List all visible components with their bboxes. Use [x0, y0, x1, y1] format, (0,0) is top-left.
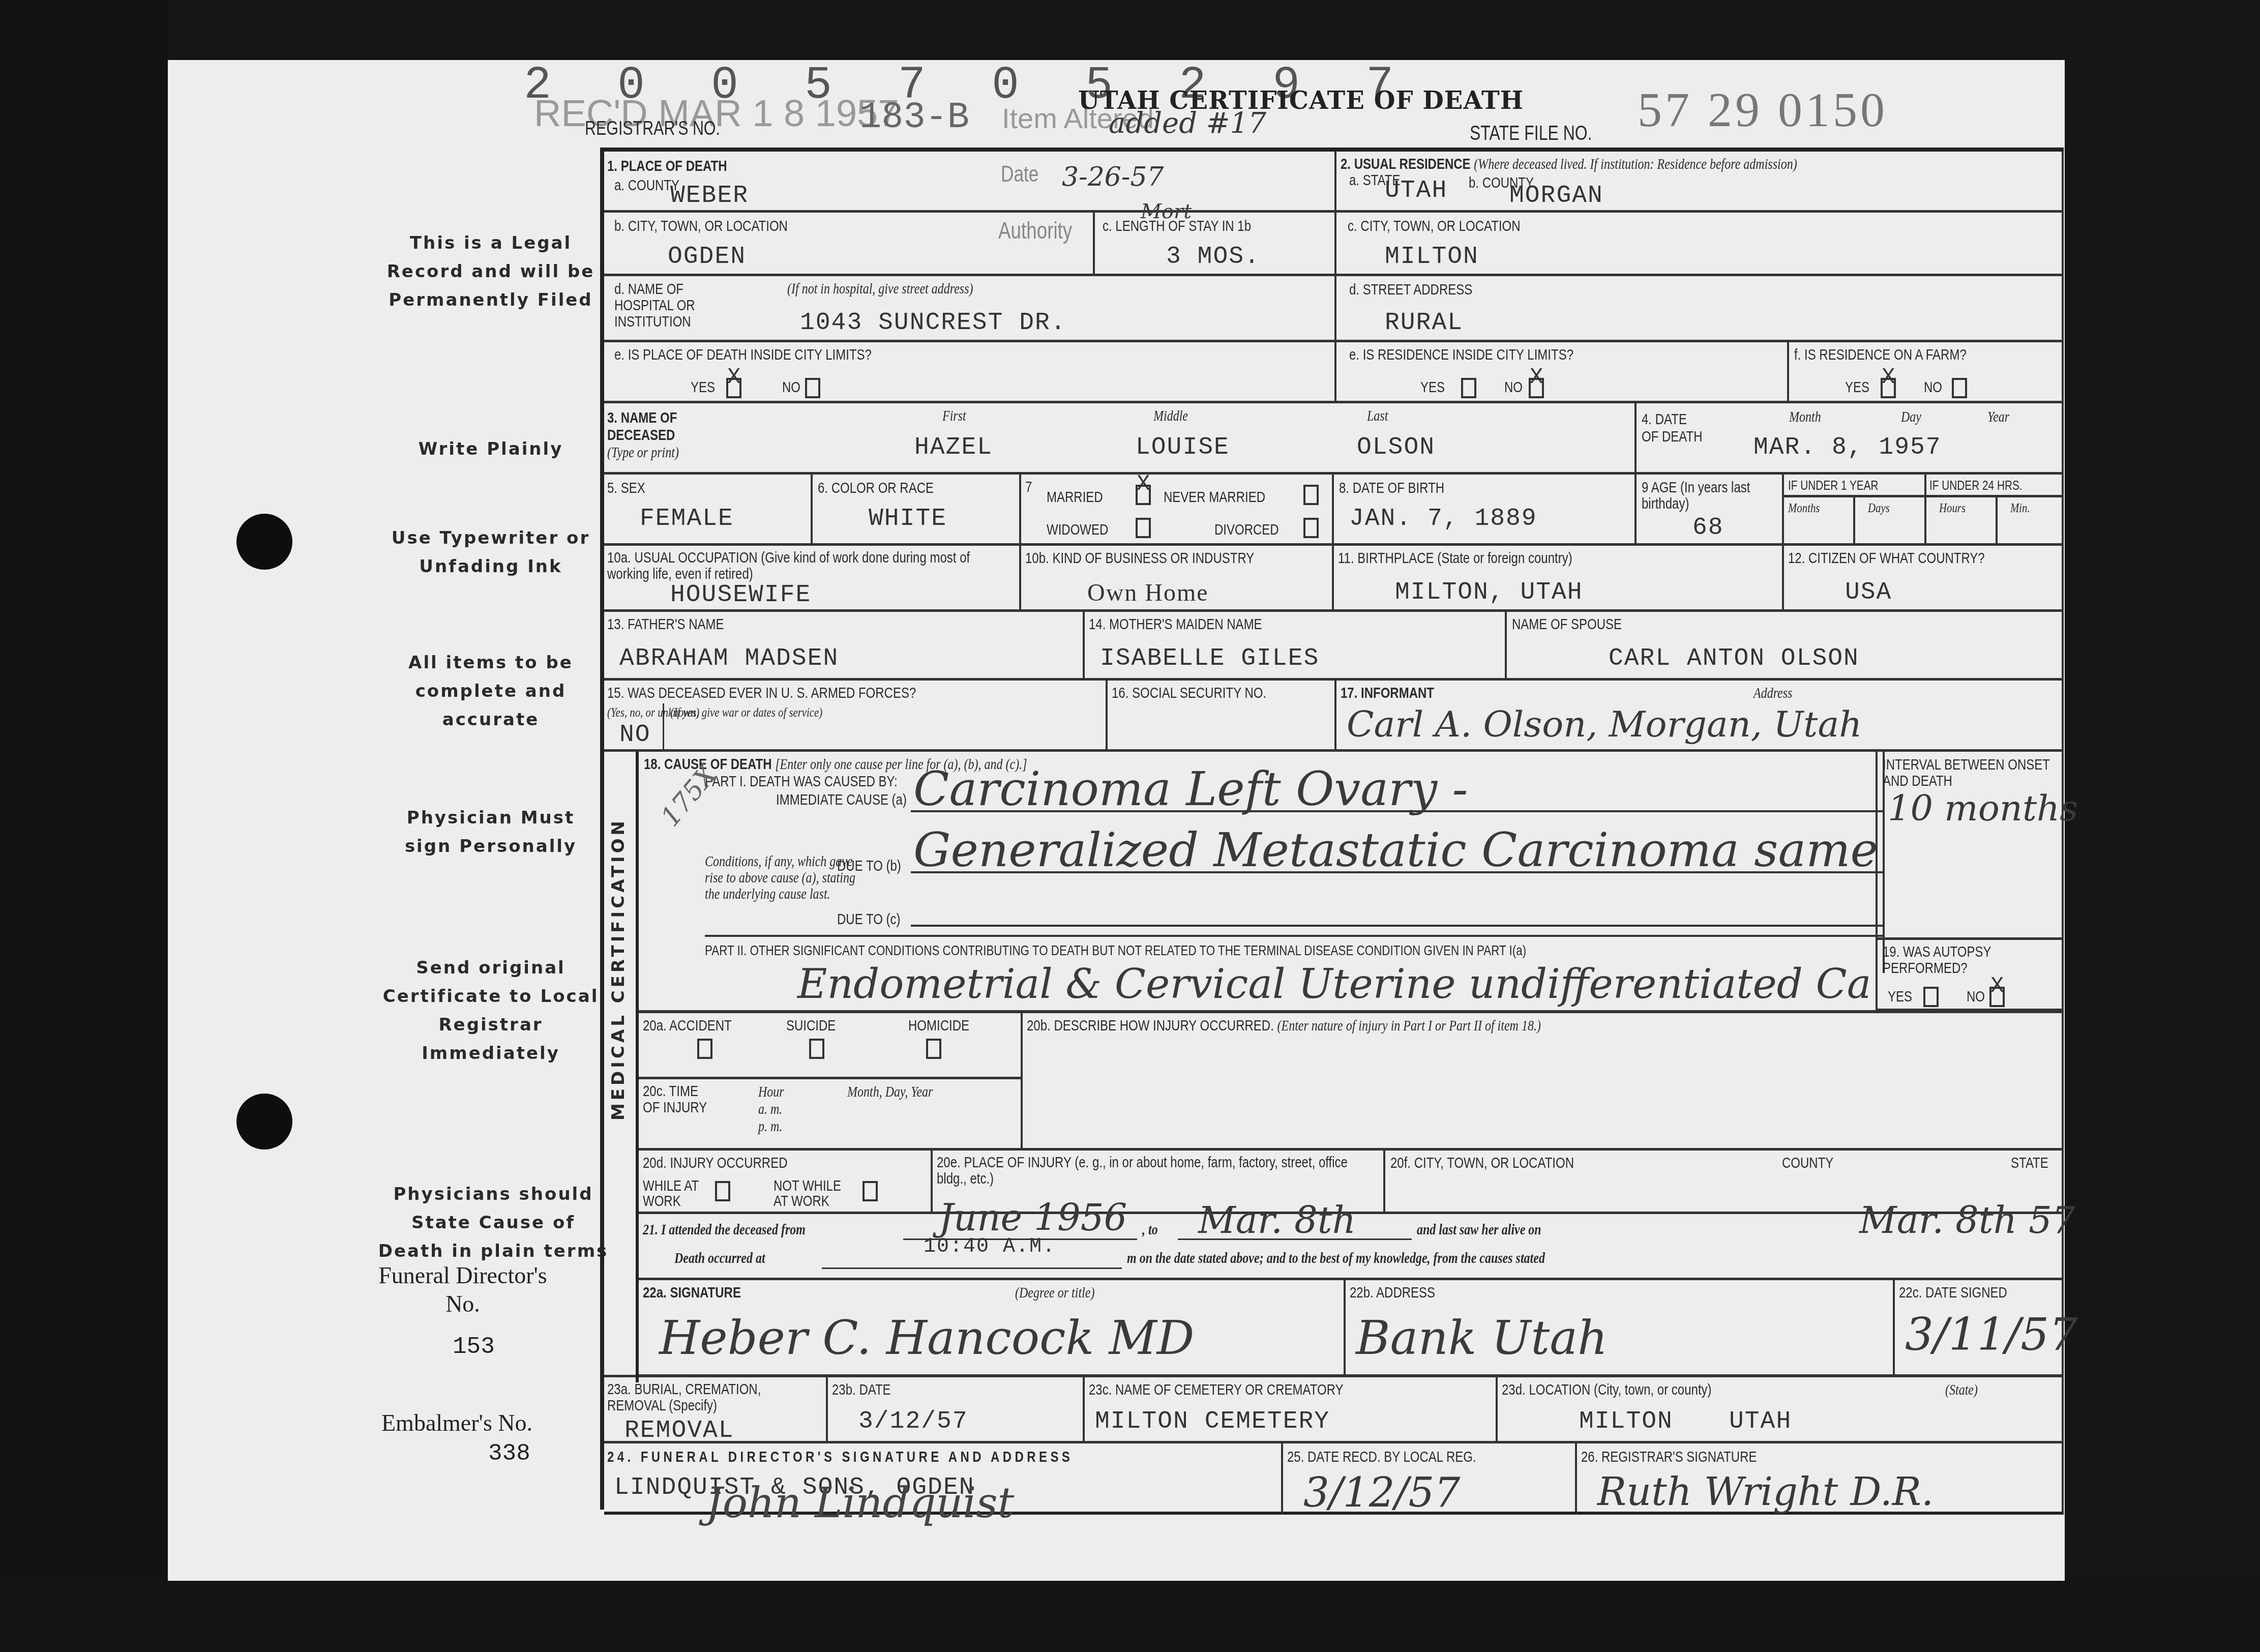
length-of-stay-label: c. LENGTH OF STAY IN 1b: [1103, 218, 1251, 235]
pm-label: p. m.: [758, 1118, 782, 1135]
cemetery-cell: 23c. NAME OF CEMETERY OR CREMATORY MILTO…: [1085, 1377, 1498, 1443]
usual-residence-hint: (Where deceased lived. If institution: R…: [1474, 156, 1797, 172]
age-cell: 9 AGE (In years last birthday) 68: [1637, 475, 1784, 546]
interval-value[interactable]: 10 months: [1888, 787, 2078, 829]
widowed-checkbox[interactable]: [1136, 518, 1151, 538]
attended-to-value[interactable]: Mar. 8th: [1198, 1199, 1356, 1242]
under-1-year-header: IF UNDER 1 YEAR: [1784, 475, 1926, 497]
date-of-death-value[interactable]: MAR. 8, 1957: [1753, 434, 1942, 461]
injury-place-label: 20e. PLACE OF INJURY (e. g., in or about…: [937, 1155, 1364, 1187]
interval-label: INTERVAL BETWEEN ONSET AND DEATH: [1883, 757, 2054, 789]
informant-cell: 17. INFORMANT Address Carl A. Olson, Mor…: [1336, 681, 2064, 752]
suicide-label: SUICIDE: [786, 1017, 836, 1035]
married-label: MARRIED: [1047, 489, 1103, 506]
injury-how-hint: (Enter nature of injury in Part I or Par…: [1277, 1017, 1541, 1034]
months-label: Months: [1788, 500, 1820, 516]
death-statement-label: m on the date stated above; and to the b…: [1127, 1250, 1545, 1267]
not-while-at-work-label: NOT WHILE AT WORK: [774, 1178, 847, 1209]
line-c: [911, 925, 1885, 927]
funeral-director-label: 24. FUNERAL DIRECTOR'S SIGNATURE AND ADD…: [607, 1449, 1073, 1466]
informant-label: 17. INFORMANT: [1341, 685, 1434, 701]
occupation-label: 10a. USUAL OCCUPATION (Give kind of work…: [607, 550, 1014, 582]
business-value[interactable]: Own Home: [1087, 579, 1209, 607]
residence-farm-cell: f. IS RESIDENCE ON A FARM? YES NO: [1789, 342, 2064, 403]
death-county-value[interactable]: WEBER: [670, 182, 749, 210]
funeral-director-no: 153: [453, 1333, 495, 1361]
last-saw-label: and last saw her alive on: [1417, 1221, 1541, 1238]
deceased-name-cell: 3. NAME OF DECEASED(Type or print) First…: [604, 403, 1637, 475]
hours-cell[interactable]: Hours: [1926, 497, 1998, 546]
length-of-stay-value[interactable]: 3 MOS.: [1166, 243, 1260, 271]
never-married-label: NEVER MARRIED: [1164, 489, 1265, 506]
state-file-no: 57 29 0150: [1638, 81, 1888, 138]
disposition-date-cell: 23b. DATE 3/12/57: [828, 1377, 1085, 1443]
residence-city-value[interactable]: MILTON: [1385, 243, 1479, 271]
no-label: NO: [1504, 379, 1523, 396]
citizen-label: 12. CITIZEN OF WHAT COUNTRY?: [1788, 550, 1985, 567]
age-label: 9 AGE (In years last birthday): [1642, 480, 1776, 512]
immediate-cause-value[interactable]: Carcinoma Left Ovary -: [913, 762, 1468, 816]
amendment-date-label: Date: [1001, 162, 1038, 187]
date-signed-value[interactable]: 3/11/57: [1905, 1308, 2077, 1361]
scan-background-left: [0, 0, 168, 1652]
part2-value[interactable]: Endometrial & Cervical Uterine undiffere…: [797, 960, 1871, 1008]
part1-label: PART I. DEATH WAS CAUSED BY:: [705, 773, 898, 790]
residence-state-value[interactable]: UTAH: [1385, 177, 1447, 204]
disposition-method-value[interactable]: REMOVAL: [625, 1417, 734, 1444]
cemetery-label: 23c. NAME OF CEMETERY OR CREMATORY: [1089, 1381, 1344, 1399]
divorced-label: DIVORCED: [1214, 521, 1279, 539]
yes-label: YES: [1888, 988, 1912, 1006]
residence-inside-city-cell: e. IS RESIDENCE INSIDE CITY LIMITS? YES …: [1336, 342, 1789, 403]
funeral-director-cell: 24. FUNERAL DIRECTOR'S SIGNATURE AND ADD…: [604, 1443, 1283, 1515]
marital-label: 7: [1025, 479, 1032, 496]
embalmer-no: 338: [488, 1439, 530, 1468]
yes-label: YES: [1420, 379, 1445, 396]
local-reg-date-value[interactable]: 3/12/57: [1303, 1469, 1460, 1516]
divider: [663, 703, 664, 750]
funeral-director-no-label: Funeral Director's No.: [376, 1261, 549, 1318]
yes-label: YES: [691, 379, 715, 396]
residence-city-label: c. CITY, TOWN, OR LOCATION: [1348, 218, 1521, 235]
margin-note-complete: All items to be complete and accurate: [381, 648, 600, 734]
immediate-cause-label: IMMEDIATE CAUSE (a): [776, 791, 907, 809]
mother-value[interactable]: ISABELLE GILES: [1100, 645, 1319, 672]
death-inside-city-yes-checkbox[interactable]: [726, 378, 741, 398]
length-of-stay-cell: c. LENGTH OF STAY IN 1b 3 MOS.: [1095, 213, 1336, 276]
autopsy-no-checkbox[interactable]: [1989, 987, 2005, 1007]
residence-inside-city-label: e. IS RESIDENCE INSIDE CITY LIMITS?: [1349, 346, 1573, 364]
armed-forces-cell: 15. WAS DECEASED EVER IN U. S. ARMED FOR…: [604, 681, 1108, 752]
homicide-checkbox[interactable]: [926, 1039, 941, 1059]
embalmer-no-label: Embalmer's No.: [381, 1409, 532, 1437]
registrar-signature[interactable]: Ruth Wright D.R.: [1597, 1469, 1934, 1514]
birthplace-value[interactable]: MILTON, UTAH: [1395, 579, 1583, 606]
signature-label: 22a. SIGNATURE: [643, 1284, 741, 1301]
attended-to-line: [1178, 1238, 1412, 1240]
scan-background-right: [2065, 0, 2260, 1652]
injury-description-cell: 20b. DESCRIBE HOW INJURY OCCURRED. (Ente…: [1023, 1013, 2064, 1150]
physician-signature[interactable]: Heber C. Hancock MD: [659, 1311, 1195, 1365]
spouse-cell: NAME OF SPOUSE CARL ANTON OLSON: [1507, 612, 2064, 681]
attended-to-label: , to: [1142, 1221, 1158, 1238]
ssn-label: 16. SOCIAL SECURITY NO.: [1112, 685, 1266, 702]
part2-label: PART II. OTHER SIGNIFICANT CONDITIONS CO…: [705, 942, 1526, 959]
residence-farm-yes-checkbox[interactable]: [1881, 378, 1896, 398]
funeral-director-signature[interactable]: John Lindquist: [706, 1479, 1014, 1527]
no-label: NO: [1967, 988, 1985, 1006]
hours-label: Hours: [1939, 500, 1966, 516]
cemetery-location-cell: 23d. LOCATION (City, town, or county) (S…: [1498, 1377, 2064, 1443]
spouse-value[interactable]: CARL ANTON OLSON: [1609, 645, 1859, 672]
registrars-no: 183-B: [859, 97, 969, 138]
physician-address-value[interactable]: Bank Utah: [1356, 1311, 1608, 1365]
death-inside-city-cell: e. IS PLACE OF DEATH INSIDE CITY LIMITS?…: [604, 342, 1336, 403]
residence-farm-label: f. IS RESIDENCE ON A FARM?: [1794, 346, 1967, 364]
last-saw-value[interactable]: Mar. 8th 57: [1859, 1199, 2075, 1242]
cemetery-city-value[interactable]: MILTON: [1579, 1408, 1673, 1435]
margin-note-write-plainly: Write Plainly: [381, 435, 600, 463]
manner-label: 20a.: [643, 1017, 667, 1034]
sex-value[interactable]: FEMALE: [640, 505, 734, 533]
degree-label: (Degree or title): [1015, 1284, 1094, 1302]
age-value[interactable]: 68: [1692, 514, 1724, 542]
accident-checkbox[interactable]: [697, 1039, 712, 1059]
state-file-no-label: STATE FILE NO.: [1470, 122, 1592, 145]
autopsy-label: 19. WAS AUTOPSY PERFORMED?: [1883, 944, 2037, 977]
first-name-value[interactable]: HAZEL: [914, 434, 993, 461]
birthplace-label: 11. BIRTHPLACE (State or foreign country…: [1338, 550, 1572, 567]
days-cell[interactable]: Days: [1855, 497, 1926, 546]
homicide-label: HOMICIDE: [908, 1017, 969, 1035]
county-label: a. COUNTY: [614, 177, 679, 194]
date-of-birth-label: 8. DATE OF BIRTH: [1339, 480, 1444, 497]
disposition-method-cell: 23a. BURIAL, CREMATION, REMOVAL (Specify…: [604, 1377, 828, 1443]
margin-note-typewriter: Use Typewriter or Unfading Ink: [381, 524, 600, 581]
registrar-signature-cell: 26. REGISTRAR'S SIGNATURE Ruth Wright D.…: [1577, 1443, 2064, 1515]
suicide-checkbox[interactable]: [809, 1039, 824, 1059]
no-label: NO: [1924, 379, 1942, 396]
injury-time-label: 20c. TIME OF INJURY: [643, 1083, 716, 1116]
dod-day-label: Day: [1901, 408, 1921, 426]
spouse-label: NAME OF SPOUSE: [1512, 616, 1622, 633]
hospital-value[interactable]: 1043 SUNCREST DR.: [800, 309, 1066, 337]
scan-background-top: [0, 0, 2260, 61]
cemetery-value[interactable]: MILTON CEMETERY: [1095, 1408, 1330, 1435]
injury-county-label: COUNTY: [1782, 1155, 1833, 1172]
date-of-birth-value[interactable]: JAN. 7, 1889: [1349, 505, 1537, 533]
interval-cell: INTERVAL BETWEEN ONSET AND DEATH 10 mont…: [1876, 752, 2064, 940]
business-label: 10b. KIND OF BUSINESS OR INDUSTRY: [1025, 550, 1254, 567]
mother-cell: 14. MOTHER'S MAIDEN NAME ISABELLE GILES: [1085, 612, 1507, 681]
punch-hole: [236, 514, 292, 570]
middle-name-label: Middle: [1153, 407, 1188, 425]
deceased-name-label: 3. NAME OF DECEASED: [607, 409, 677, 444]
min-label: Min.: [2010, 500, 2030, 516]
death-inside-city-label: e. IS PLACE OF DEATH INSIDE CITY LIMITS?: [614, 346, 872, 364]
min-cell[interactable]: Min.: [1998, 497, 2064, 546]
race-value[interactable]: WHITE: [869, 505, 947, 533]
injury-time-cell: 20c. TIME OF INJURY Hour a. m. p. m. Mon…: [639, 1079, 1023, 1150]
father-value[interactable]: ABRAHAM MADSEN: [619, 645, 839, 672]
usual-residence-heading: 2. USUAL RESIDENCE: [1341, 156, 1471, 172]
deceased-name-hint: (Type or print): [607, 444, 679, 461]
injury-state-label: STATE: [2011, 1155, 2048, 1172]
cemetery-location-label: 23d. LOCATION (City, town, or county): [1502, 1381, 1712, 1399]
local-reg-date-label: 25. DATE RECD. BY LOCAL REG.: [1287, 1449, 1476, 1466]
registrars-no-label: REGISTRAR'S NO.: [585, 118, 720, 140]
hospital-label: d. NAME OF HOSPITAL OR INSTITUTION: [614, 281, 736, 330]
residence-street-value[interactable]: RURAL: [1385, 309, 1463, 337]
marital-status-cell: 7 MARRIED NEVER MARRIED WIDOWED DIVORCED: [1021, 475, 1334, 546]
residence-county-value[interactable]: MORGAN: [1509, 182, 1603, 210]
medical-certification-side-label: MEDICAL CERTIFICATION: [608, 818, 629, 1120]
armed-forces-label: 15. WAS DECEASED EVER IN U. S. ARMED FOR…: [607, 685, 916, 702]
injury-how-label: 20b. DESCRIBE HOW INJURY OCCURRED.: [1027, 1017, 1274, 1034]
disposition-date-value[interactable]: 3/12/57: [858, 1408, 968, 1435]
manner-of-death-cell: 20a. ACCIDENT SUICIDE HOMICIDE: [639, 1013, 1023, 1079]
occupation-value[interactable]: HOUSEWIFE: [670, 581, 811, 609]
date-of-death-label: 4. DATE OF DEATH: [1642, 411, 1703, 446]
first-name-label: First: [942, 407, 966, 425]
days-label: Days: [1868, 500, 1890, 516]
not-while-at-work-checkbox[interactable]: [863, 1181, 878, 1201]
last-name-label: Last: [1367, 407, 1388, 425]
injury-occurred-label: 20d. INJURY OCCURRED: [643, 1155, 788, 1172]
document-title: UTAH CERTIFICATE OF DEATH: [1078, 86, 1524, 115]
armed-forces-value[interactable]: NO: [619, 721, 651, 749]
death-time-value[interactable]: 10:40 A.M.: [924, 1235, 1056, 1258]
injury-occurred-cell: 20d. INJURY OCCURRED WHILE AT WORK NOT W…: [639, 1150, 933, 1214]
death-city-label: b. CITY, TOWN, OR LOCATION: [614, 218, 788, 235]
disposition-date-label: 23b. DATE: [832, 1381, 891, 1399]
autopsy-cell: 19. WAS AUTOPSY PERFORMED? YES NO: [1876, 940, 2064, 1011]
punch-hole: [236, 1094, 292, 1149]
autopsy-yes-checkbox[interactable]: [1923, 987, 1939, 1007]
occupation-cell: 10a. USUAL OCCUPATION (Give kind of work…: [604, 546, 1021, 612]
death-certificate-form: 1. PLACE OF DEATH a. COUNTY WEBER Date 3…: [600, 147, 2064, 1510]
mother-label: 14. MOTHER'S MAIDEN NAME: [1089, 616, 1262, 633]
physician-address-cell: 22b. ADDRESS Bank Utah: [1346, 1280, 1895, 1377]
birthplace-cell: 11. BIRTHPLACE (State or foreign country…: [1334, 546, 1784, 612]
armed-forces-service-hint: (If yes, give war or dates of service): [670, 705, 822, 720]
place-of-death-city-cell: b. CITY, TOWN, OR LOCATION OGDEN Authori…: [604, 213, 1095, 276]
death-city-value[interactable]: OGDEN: [668, 243, 746, 271]
sex-label: 5. SEX: [607, 480, 645, 497]
father-label: 13. FATHER'S NAME: [607, 616, 724, 633]
residence-farm-no-checkbox[interactable]: [1952, 378, 1967, 398]
business-cell: 10b. KIND OF BUSINESS OR INDUSTRY Own Ho…: [1021, 546, 1334, 612]
father-cell: 13. FATHER'S NAME ABRAHAM MADSEN: [604, 612, 1085, 681]
residence-inside-city-no-checkbox[interactable]: [1529, 378, 1544, 398]
margin-note-send-original: Send original Certificate to Local Regis…: [381, 954, 600, 1068]
local-registrar-date-cell: 25. DATE RECD. BY LOCAL REG. 3/12/57: [1283, 1443, 1577, 1515]
physician-address-label: 22b. ADDRESS: [1350, 1284, 1435, 1302]
death-occurred-label: Death occurred at: [674, 1250, 765, 1267]
residence-city-cell: c. CITY, TOWN, OR LOCATION MILTON: [1336, 213, 2064, 276]
margin-note-legal: This is a Legal Record and will be Perma…: [381, 229, 600, 314]
authority-label: Authority: [998, 217, 1072, 244]
informant-value[interactable]: Carl A. Olson, Morgan, Utah: [1347, 703, 1862, 745]
date-signed-cell: 22c. DATE SIGNED 3/11/57: [1895, 1280, 2064, 1377]
hospital-hint: (If not in hospital, give street address…: [787, 280, 973, 298]
under-24-hrs-header: IF UNDER 24 HRS.: [1926, 475, 2064, 497]
am-label: a. m.: [758, 1101, 782, 1118]
while-at-work-checkbox[interactable]: [715, 1181, 730, 1201]
sex-cell: 5. SEX FEMALE: [604, 475, 813, 546]
citizen-value[interactable]: USA: [1845, 579, 1892, 606]
divorced-checkbox[interactable]: [1303, 518, 1319, 538]
cemetery-state-label: (State): [1945, 1381, 1978, 1399]
line-a: [911, 810, 1885, 812]
due-to-b-value[interactable]: Generalized Metastatic Carcinoma same: [913, 823, 1878, 877]
ssn-cell: 16. SOCIAL SECURITY NO.: [1108, 681, 1336, 752]
citizen-cell: 12. CITIZEN OF WHAT COUNTRY? USA: [1784, 546, 2064, 612]
line-b: [911, 871, 1885, 873]
dod-month-label: Month: [1789, 408, 1821, 426]
margin-note-cause-plain: Physicians should State Cause of Death i…: [376, 1180, 610, 1265]
race-cell: 6. COLOR OR RACE WHITE: [813, 475, 1021, 546]
disposition-method-label: 23a. BURIAL, CREMATION, REMOVAL (Specify…: [607, 1381, 819, 1414]
date-of-birth-cell: 8. DATE OF BIRTH JAN. 7, 1889: [1334, 475, 1637, 546]
married-checkbox[interactable]: [1136, 485, 1151, 505]
residence-street-cell: d. STREET ADDRESS RURAL: [1336, 276, 2064, 342]
scan-background-bottom: [0, 1577, 2260, 1652]
under-24-hrs-label: IF UNDER 24 HRS.: [1929, 478, 2023, 493]
date-of-death-cell: 4. DATE OF DEATH Month Day Year MAR. 8, …: [1637, 403, 2064, 475]
residence-inside-city-yes-checkbox[interactable]: [1461, 378, 1476, 398]
race-label: 6. COLOR OR RACE: [818, 480, 934, 497]
injury-city-label: 20f. CITY, TOWN, OR LOCATION: [1390, 1155, 1574, 1172]
last-name-value[interactable]: OLSON: [1357, 434, 1435, 461]
never-married-checkbox[interactable]: [1303, 485, 1319, 505]
attended-from-value[interactable]: June 1956: [939, 1196, 1127, 1239]
death-inside-city-no-checkbox[interactable]: [805, 378, 820, 398]
injury-date-label: Month, Day, Year: [847, 1083, 933, 1101]
amendment-date-value: 3-26-57: [1062, 162, 1164, 192]
dod-year-label: Year: [1987, 408, 2009, 426]
date-signed-label: 22c. DATE SIGNED: [1899, 1284, 2007, 1302]
informant-address-label: Address: [1753, 685, 1792, 702]
months-cell[interactable]: Months: [1784, 497, 1855, 546]
residence-street-label: d. STREET ADDRESS: [1349, 281, 1472, 299]
due-to-b-label: DUE TO (b): [837, 858, 901, 875]
accident-label: ACCIDENT: [669, 1017, 732, 1034]
registrar-signature-label: 26. REGISTRAR'S SIGNATURE: [1581, 1449, 1757, 1466]
place-of-death-heading: 1. PLACE OF DEATH: [607, 158, 727, 174]
residence-state-county-cell: 2. USUAL RESIDENCE (Where deceased lived…: [1336, 152, 2064, 213]
attended-prefix-label: 21. I attended the deceased from: [643, 1221, 806, 1238]
due-to-c-label: DUE TO (c): [837, 911, 900, 928]
cause-of-death-cell: 18. CAUSE OF DEATH [Enter only one cause…: [639, 752, 1885, 973]
while-at-work-label: WHILE AT WORK: [643, 1178, 700, 1209]
yes-label: YES: [1845, 379, 1869, 396]
death-time-line: [822, 1267, 1122, 1269]
cemetery-state-value[interactable]: UTAH: [1729, 1408, 1792, 1435]
physician-signature-cell: 22a. SIGNATURE (Degree or title) Heber C…: [639, 1280, 1346, 1377]
hour-label: Hour: [758, 1083, 784, 1101]
place-of-death-county-cell: 1. PLACE OF DEATH a. COUNTY WEBER Date 3…: [604, 152, 1336, 213]
middle-name-value[interactable]: LOUISE: [1136, 434, 1230, 461]
widowed-label: WIDOWED: [1047, 521, 1108, 539]
margin-note-physician-sign: Physician Must sign Personally: [381, 804, 600, 861]
hospital-cell: d. NAME OF HOSPITAL OR INSTITUTION (If n…: [604, 276, 1336, 342]
part-divider: [705, 935, 1885, 937]
no-label: NO: [782, 379, 800, 396]
attendance-cell: 21. I attended the deceased from June 19…: [639, 1214, 2064, 1280]
under-1-year-label: IF UNDER 1 YEAR: [1788, 478, 1879, 493]
